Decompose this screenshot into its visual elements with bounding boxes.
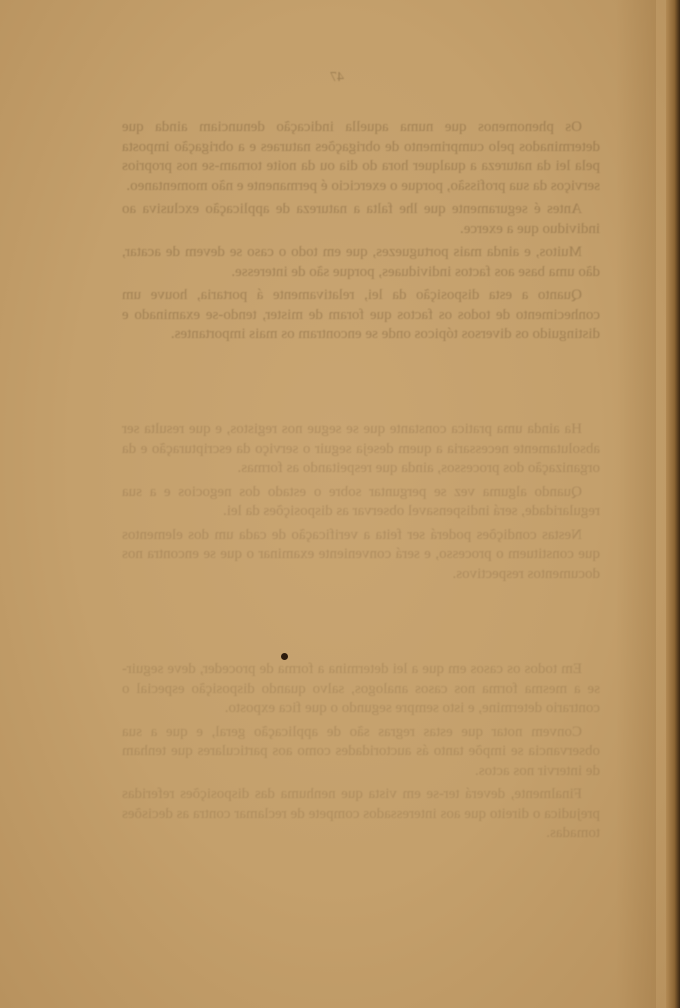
bleed-paragraph: Muitos, e ainda mais portuguezes, que em… bbox=[122, 243, 600, 282]
bleed-through-text-block-3: Em todos os casos em que a lei determina… bbox=[122, 660, 600, 848]
bleed-paragraph: Finalmente, deverá ter-se em vista que n… bbox=[122, 785, 600, 844]
page-fold-shadow bbox=[616, 0, 656, 1008]
bleed-paragraph: Antes é seguramente que lhe falta a natu… bbox=[122, 200, 600, 239]
bleed-paragraph: Quando alguma vez se perguntar sobre o e… bbox=[122, 483, 600, 522]
bleed-paragraph: Em todos os casos em que a lei determina… bbox=[122, 660, 600, 719]
bleed-paragraph: Quanto a esta disposição da lei, relativ… bbox=[122, 286, 600, 345]
page-edge bbox=[666, 0, 680, 1008]
page-number: 47 bbox=[330, 70, 344, 86]
bleed-paragraph: Convem notar que estas regras são de app… bbox=[122, 723, 600, 782]
bleed-paragraph: Os phenomenos que numa aquella indicação… bbox=[122, 118, 600, 196]
bleed-paragraph: Ha ainda uma pratica constante que se se… bbox=[122, 420, 600, 479]
bleed-through-text-block-1: Os phenomenos que numa aquella indicação… bbox=[122, 118, 600, 349]
bleed-through-text-block-2: Ha ainda uma pratica constante que se se… bbox=[122, 420, 600, 588]
book-page: 47 Os phenomenos que numa aquella indica… bbox=[0, 0, 668, 1008]
ink-speck bbox=[281, 653, 288, 660]
bleed-paragraph: Nestas condições poderá ser feita a veri… bbox=[122, 526, 600, 585]
